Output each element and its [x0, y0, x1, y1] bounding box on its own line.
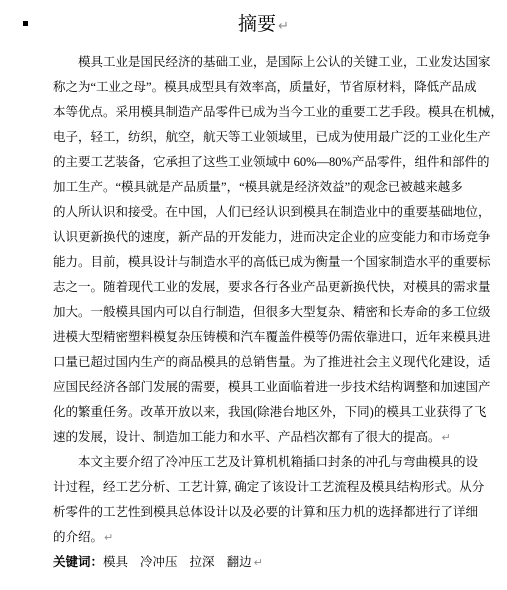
line-text: 应国民经济各部门发展的需要，模具工业面临着进一步技术结构调整和加速国产	[53, 380, 491, 394]
text-line: 计过程，经工艺分析、工艺计算, 确定了该设计工艺流程及模具结构形式。从分	[53, 475, 505, 500]
line-text: 能力。目前，模具设计与制造水平的高低已成为衡量一个国家制造水平的重要标	[53, 255, 491, 269]
text-line: 能力。目前，模具设计与制造水平的高低已成为衡量一个国家制造水平的重要标	[53, 250, 505, 275]
keyword-item: 翻边	[227, 555, 252, 569]
keywords-line: 关键词：模具冷冲压拉深翻边↵	[53, 550, 505, 575]
line-text: 的人所认识和接受。在中国，人们已经认识到模具在制造业中的重要基础地位，	[53, 205, 491, 219]
keyword-item: 模具	[103, 555, 128, 569]
text-line: 本等优点。采用模具制造产品零件已成为当今工业的重要工艺手段。模具在机械，	[53, 100, 505, 125]
page-title: 摘要↵	[20, 12, 507, 40]
line-text: 析零件的工艺性到模具总体设计以及必要的计算和压力机的选择都进行了详细	[53, 505, 478, 519]
line-text: 模具工业是国民经济的基础工业，是国际上公认的关键工业，工业发达国家	[78, 55, 491, 69]
text-line: 析零件的工艺性到模具总体设计以及必要的计算和压力机的选择都进行了详细	[53, 500, 505, 525]
paragraph-mark-icon: ↵	[278, 19, 289, 34]
text-line: 口量已超过国内生产的商品模具的总销售量。为了推进社会主义现代化建设，适	[53, 350, 505, 375]
document-page: 摘要↵ 模具工业是国民经济的基础工业，是国际上公认的关键工业，工业发达国家 称之…	[0, 0, 507, 590]
text-line: 加大。一般模具国内可以自行制造，但很多大型复杂、精密和长寿命的多工位级	[53, 300, 505, 325]
line-text: 化的繁重任务。改革开放以来，我国(除港台地区外，下同)的模具工业获得了飞	[53, 405, 486, 419]
line-text: 速的发展，设计、制造加工能力和水平、产品档次都有了很大的提高。	[53, 430, 441, 444]
text-line: 模具工业是国民经济的基础工业，是国际上公认的关键工业，工业发达国家	[53, 50, 505, 75]
line-text: 电子，轻工，纺织，航空，航天等工业领域里，已成为使用最广泛的工业化生产	[53, 130, 491, 144]
line-text: 本文主要介绍了冷冲压工艺及计算机机箱插口封条的冲孔与弯曲模具的设	[78, 455, 478, 469]
text-line: 加工生产。“模具就是产品质量”，“模具就是经济效益”的观念已被越来越多	[53, 175, 505, 200]
text-line: 进模大型精密塑料模复杂压铸模和汽车覆盖件模等仍需依靠进口，近年来模具进	[53, 325, 505, 350]
line-text: 加大。一般模具国内可以自行制造，但很多大型复杂、精密和长寿命的多工位级	[53, 305, 491, 319]
text-line: 速的发展，设计、制造加工能力和水平、产品档次都有了很大的提高。↵	[53, 425, 505, 450]
line-text: 进模大型精密塑料模复杂压铸模和汽车覆盖件模等仍需依靠进口，近年来模具进	[53, 330, 491, 344]
text-line: 称之为“工业之母”。模具成型具有效率高，质量好，节省原材料，降低产品成	[53, 75, 505, 100]
line-text: 的介绍。	[53, 530, 103, 544]
text-line: 认识更新换代的速度，新产品的开发能力，进而决定企业的应变能力和市场竞争	[53, 225, 505, 250]
line-text: 称之为“工业之母”。模具成型具有效率高，质量好，节省原材料，降低产品成	[53, 80, 477, 94]
text-line: 电子，轻工，纺织，航空，航天等工业领域里，已成为使用最广泛的工业化生产	[53, 125, 505, 150]
line-text: 志之一。随着现代工业的发展，要求各行各业产品更新换代快，对模具的需求量	[53, 280, 491, 294]
paragraph-mark-icon: ↵	[254, 556, 263, 569]
line-text: 计过程，经工艺分析、工艺计算, 确定了该设计工艺流程及模具结构形式。从分	[53, 480, 484, 494]
text-line: 本文主要介绍了冷冲压工艺及计算机机箱插口封条的冲孔与弯曲模具的设	[53, 450, 505, 475]
abstract-body: 模具工业是国民经济的基础工业，是国际上公认的关键工业，工业发达国家 称之为“工业…	[53, 50, 505, 575]
line-text: 本等优点。采用模具制造产品零件已成为当今工业的重要工艺手段。模具在机械，	[53, 105, 503, 119]
line-text: 的主要工艺装备，它承担了这些工业领域中 60%—80%产品零件，组件和部件的	[53, 155, 489, 169]
keyword-item: 冷冲压	[140, 555, 178, 569]
text-line: 的人所认识和接受。在中国，人们已经认识到模具在制造业中的重要基础地位，	[53, 200, 505, 225]
line-text: 口量已超过国内生产的商品模具的总销售量。为了推进社会主义现代化建设，适	[53, 355, 491, 369]
keyword-item: 拉深	[190, 555, 215, 569]
text-line: 应国民经济各部门发展的需要，模具工业面临着进一步技术结构调整和加速国产	[53, 375, 505, 400]
paragraph-mark-icon: ↵	[442, 431, 451, 444]
line-text: 加工生产。“模具就是产品质量”，“模具就是经济效益”的观念已被越来越多	[53, 180, 463, 194]
text-line: 的主要工艺装备，它承担了这些工业领域中 60%—80%产品零件，组件和部件的	[53, 150, 505, 175]
keywords-label: 关键词：	[53, 555, 103, 569]
text-line: 志之一。随着现代工业的发展，要求各行各业产品更新换代快，对模具的需求量	[53, 275, 505, 300]
paragraph-mark-icon: ↵	[104, 531, 113, 544]
line-text: 认识更新换代的速度，新产品的开发能力，进而决定企业的应变能力和市场竞争	[53, 230, 491, 244]
text-line: 化的繁重任务。改革开放以来，我国(除港台地区外，下同)的模具工业获得了飞	[53, 400, 505, 425]
text-line: 的介绍。↵	[53, 525, 505, 550]
title-text: 摘要	[238, 14, 276, 35]
